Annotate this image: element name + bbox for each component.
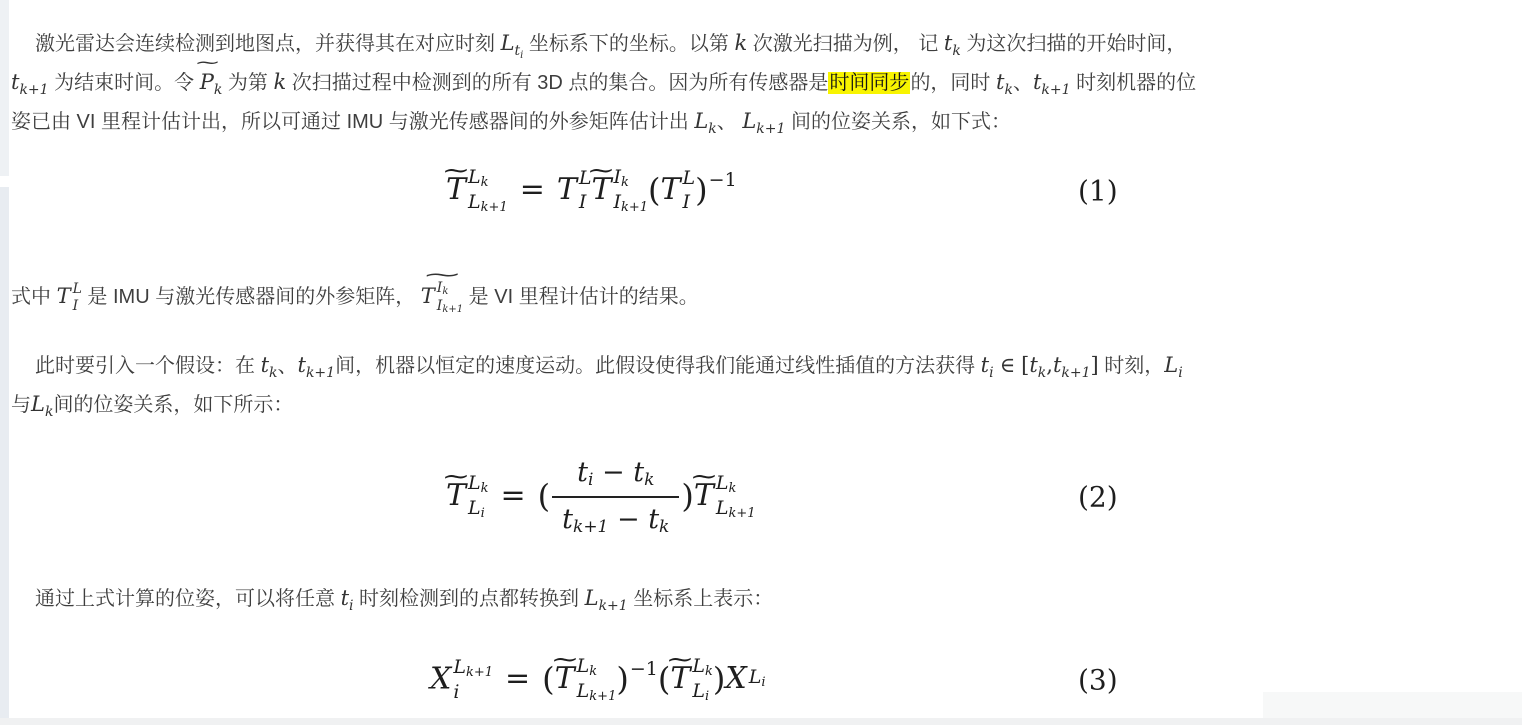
bottom-right-panel bbox=[1263, 692, 1522, 718]
inline-math: k bbox=[273, 70, 286, 94]
text-run: 、 bbox=[278, 355, 298, 377]
superscript: Li bbox=[749, 668, 766, 689]
math-base: k bbox=[273, 70, 286, 94]
text-run: 与 bbox=[11, 394, 31, 416]
inverse-exponent: −1 bbox=[709, 169, 737, 191]
sup-sub: k bbox=[589, 664, 597, 679]
math-sub: k+1 bbox=[19, 82, 48, 98]
text-line: 激光雷达会连续检测到地图点，并获得其在对应时刻 Lti 坐标系下的坐标。以第 k… bbox=[11, 24, 1506, 63]
script-stack: LI bbox=[73, 282, 82, 313]
equation-2: ~TLkLi=(ti − tktk+1 − tk)~TLkLk+1 (2) bbox=[22, 447, 1502, 547]
subscript: I bbox=[73, 299, 79, 314]
math-term: XLi bbox=[725, 661, 765, 696]
math-base: L bbox=[585, 586, 599, 610]
fraction: ti − tktk+1 − tk bbox=[552, 457, 679, 537]
subscript: I bbox=[683, 193, 691, 213]
text-line: tk+1 为结束时间。令 ~Pk 为第 k 次扫描过程中检测到的所有 3D 点的… bbox=[11, 63, 1506, 102]
bottom-bar bbox=[0, 718, 1522, 725]
superscript: Lk bbox=[468, 474, 489, 495]
comma-symbol: , bbox=[1046, 353, 1053, 377]
text-run: 次扫描过程中检测到的所有 3D 点的集合。因为所有传感器是 bbox=[286, 72, 828, 94]
left-gutter-bottom bbox=[0, 187, 9, 725]
sub-sub: k+1 bbox=[728, 506, 755, 521]
sub-base: L bbox=[692, 680, 705, 702]
tilde-base: ~T bbox=[446, 478, 466, 513]
superscript: Lk bbox=[692, 657, 713, 678]
script-stack: LkLk+1 bbox=[716, 474, 756, 520]
equation-number: (3) bbox=[1078, 664, 1118, 697]
sub-base: I bbox=[613, 191, 621, 213]
math-base: X bbox=[430, 661, 451, 696]
inline-math: TLI bbox=[57, 284, 82, 308]
math-base: t bbox=[562, 504, 573, 535]
subscript: Ik+1 bbox=[613, 193, 648, 214]
equals-sign: = bbox=[520, 172, 545, 207]
text-run: 式中 bbox=[11, 286, 57, 308]
text-run: 时刻机器的位 bbox=[1071, 72, 1197, 94]
math-base: t bbox=[648, 504, 659, 535]
text-run: 是 VI 里程计估计的结果。 bbox=[463, 286, 699, 308]
math-base: P bbox=[200, 70, 214, 94]
right-paren: ) bbox=[616, 660, 628, 698]
sub-base: I bbox=[683, 191, 691, 213]
math-base: t bbox=[341, 586, 349, 610]
inline-math: tk bbox=[261, 353, 278, 377]
script-stack: LkLk+1 bbox=[577, 657, 617, 703]
math-term: ~TLkLk+1 bbox=[694, 474, 756, 520]
sup-sub: k bbox=[442, 286, 448, 297]
paragraph-1: 激光雷达会连续检测到地图点，并获得其在对应时刻 Lti 坐标系下的坐标。以第 k… bbox=[11, 24, 1506, 141]
math-term: ~TLkLk+1 bbox=[446, 168, 508, 214]
inline-math: tk bbox=[944, 31, 961, 55]
element-of-symbol: ∈ bbox=[1000, 353, 1016, 377]
math-base: T bbox=[57, 284, 71, 308]
math-term: ~TLkLi bbox=[670, 657, 713, 703]
inline-math: Li bbox=[1164, 353, 1182, 377]
tilde-accent: ~ bbox=[550, 649, 580, 672]
sub-base: L bbox=[468, 497, 481, 519]
subscript: Lk+1 bbox=[468, 193, 508, 214]
math-sub: k bbox=[659, 517, 669, 537]
math-sub: k bbox=[708, 121, 716, 137]
subscript: i bbox=[453, 683, 459, 703]
script-stack: Lk+1i bbox=[453, 658, 493, 703]
numerator: ti − tk bbox=[552, 457, 679, 496]
math-sub: i bbox=[1178, 365, 1182, 381]
equation-number: (2) bbox=[1078, 481, 1118, 514]
text-run: 激光雷达会连续检测到地图点，并获得其在对应时刻 bbox=[35, 33, 501, 55]
sub-base: I bbox=[73, 298, 79, 314]
text-line: 通过上式计算的位姿，可以将任意 ti 时刻检测到的点都转换到 Lk+1 坐标系上… bbox=[11, 579, 1506, 618]
inverse-exponent: −1 bbox=[630, 658, 658, 680]
math-base: t bbox=[633, 457, 644, 488]
sub-base: I bbox=[579, 191, 587, 213]
text-line: 式中 TLI 是 IMU 与激光传感器间的外参矩阵， ~TIkIk+1 是 VI… bbox=[11, 277, 1506, 316]
math-term: TLI bbox=[661, 169, 696, 213]
math-sub: k+1 bbox=[599, 598, 628, 614]
math-base: L bbox=[501, 31, 515, 55]
superscript: L bbox=[683, 169, 696, 189]
sup-sub: k+1 bbox=[466, 665, 493, 680]
text-run: 间的位姿关系，如下式： bbox=[785, 111, 1011, 133]
sub-base: L bbox=[716, 497, 729, 519]
sup-sub: k bbox=[481, 481, 489, 496]
sub-base: L bbox=[468, 191, 481, 213]
math-base: L bbox=[694, 109, 708, 133]
inline-math: k bbox=[734, 31, 747, 55]
minus-sign: − bbox=[608, 504, 648, 535]
inline-math: Lk+1 bbox=[585, 586, 628, 610]
math-term: ~TLkLk+1 bbox=[555, 657, 617, 703]
text-run: 次激光扫描为例， 记 bbox=[747, 33, 944, 55]
math-sub: k+1 bbox=[573, 517, 608, 537]
inline-math: tk bbox=[1029, 353, 1046, 377]
left-gutter-top bbox=[0, 0, 9, 176]
math-sub: k+1 bbox=[306, 365, 335, 381]
inline-math: Lk bbox=[694, 109, 716, 133]
math-base: T bbox=[661, 172, 681, 207]
paragraph-2: 式中 TLI 是 IMU 与激光传感器间的外参矩阵， ~TIkIk+1 是 VI… bbox=[11, 277, 1506, 316]
math-term: ~TIkIk+1 bbox=[591, 168, 648, 214]
text-run: 间的位姿关系，如下所示： bbox=[53, 394, 293, 416]
inline-math: tk bbox=[996, 70, 1013, 94]
inline-math: tk+1 bbox=[1033, 70, 1071, 94]
sup-base: L bbox=[683, 167, 696, 189]
math-sub: k+1 bbox=[756, 121, 785, 137]
text-run: 为第 bbox=[222, 72, 273, 94]
right-paren: ) bbox=[713, 660, 725, 698]
inline-math: Lk bbox=[31, 392, 53, 416]
math-base: t bbox=[577, 457, 588, 488]
sub-sub: i bbox=[705, 689, 709, 704]
superscript: Lk+1 bbox=[453, 658, 493, 679]
tilde-base: ~T bbox=[694, 478, 714, 513]
script-stack: LkLk+1 bbox=[468, 168, 508, 214]
text-run: 坐标系上表示： bbox=[628, 588, 774, 610]
math-base: t bbox=[981, 353, 989, 377]
sup-base: L bbox=[453, 656, 466, 678]
tilde-accent: ~ bbox=[441, 466, 471, 489]
equals-sign: = bbox=[501, 478, 526, 513]
subscript: Lk+1 bbox=[716, 499, 756, 520]
equation-body: XLk+1i=(~TLkLk+1)−1(~TLkLi)XLi bbox=[430, 657, 766, 703]
script-stack: LkLi bbox=[468, 474, 489, 520]
right-paren: ) bbox=[695, 171, 707, 209]
subscript: I bbox=[579, 193, 587, 213]
superscript: Lk bbox=[468, 168, 489, 189]
math-sub: k+1 bbox=[1061, 365, 1090, 381]
script-stack: LI bbox=[683, 169, 696, 213]
denominator: tk+1 − tk bbox=[552, 496, 679, 537]
math-base: L bbox=[742, 109, 756, 133]
inline-math: ti bbox=[981, 353, 994, 377]
math-sub: i bbox=[989, 365, 993, 381]
left-paren: ( bbox=[648, 171, 660, 209]
sup-sub: k bbox=[481, 175, 489, 190]
document-content: 激光雷达会连续检测到地图点，并获得其在对应时刻 Lti 坐标系下的坐标。以第 k… bbox=[11, 0, 1511, 725]
math-base: L bbox=[31, 392, 45, 416]
inline-math: Lk+1 bbox=[742, 109, 785, 133]
inline-math: ti bbox=[341, 586, 354, 610]
sup-sub: k bbox=[705, 664, 713, 679]
math-base: t bbox=[1029, 353, 1037, 377]
inline-math-widetilde: ~Pk bbox=[200, 63, 223, 101]
subscript: Lk+1 bbox=[577, 682, 617, 703]
equation-number: (1) bbox=[1078, 175, 1118, 208]
math-sub: k bbox=[214, 82, 222, 98]
equation-body: ~TLkLi=(ti − tktk+1 − tk)~TLkLk+1 bbox=[446, 457, 756, 537]
tilde-accent: ~ bbox=[387, 266, 497, 285]
text-run: 时刻， bbox=[1099, 355, 1165, 377]
math-sub: k bbox=[1038, 365, 1046, 381]
tilde-base: ~T bbox=[555, 661, 575, 696]
math-sub: k bbox=[644, 470, 654, 490]
tilde-accent: ~ bbox=[665, 649, 695, 672]
math-base: t bbox=[298, 353, 306, 377]
sub-sub: k+1 bbox=[589, 689, 616, 704]
tilde-accent: ~ bbox=[441, 160, 471, 183]
subscript: Ik+1 bbox=[437, 299, 463, 315]
math-term: ~TLkLi bbox=[446, 474, 489, 520]
inline-math: tk+1 bbox=[1053, 353, 1091, 377]
inline-math: tk+1 bbox=[298, 353, 336, 377]
math-sub: k+1 bbox=[1041, 82, 1070, 98]
inline-math: tk+1 bbox=[11, 70, 49, 94]
tilde-accent: ~ bbox=[689, 466, 719, 489]
text-run: 的，同时 bbox=[910, 72, 996, 94]
inline-math: Lti bbox=[501, 31, 524, 55]
text-run: 通过上式计算的位姿，可以将任意 bbox=[35, 588, 341, 610]
text-run: 是 IMU 与激光传感器间的外参矩阵， bbox=[82, 286, 421, 308]
math-base: T bbox=[421, 284, 435, 308]
sub-base: i bbox=[453, 681, 459, 703]
subscript: Li bbox=[692, 682, 709, 703]
equals-sign: = bbox=[505, 661, 530, 696]
script-stack: IkIk+1 bbox=[613, 168, 648, 214]
equation-1: ~TLkLk+1=TLI~TIkIk+1(TLI)−1 (1) bbox=[22, 152, 1502, 230]
text-run: 、 bbox=[1013, 72, 1033, 94]
left-paren: ( bbox=[538, 477, 550, 515]
tilde-accent: ~ bbox=[586, 160, 616, 183]
sup-base: L bbox=[73, 281, 82, 297]
tilde-accent: ~ bbox=[193, 55, 222, 72]
text-line: 此时要引入一个假设：在 tk、tk+1间，机器以恒定的速度运动。此假设使得我们能… bbox=[11, 346, 1506, 385]
sup-sub: i bbox=[761, 675, 765, 690]
math-sub: k bbox=[952, 43, 960, 59]
text-line: 姿已由 VI 里程计估计出，所以可通过 IMU 与激光传感器间的外参矩阵估计出 … bbox=[11, 102, 1506, 141]
math-base: T bbox=[557, 172, 577, 207]
math-term: XLk+1i bbox=[430, 658, 493, 703]
text-run: 为这次扫描的开始时间， bbox=[961, 33, 1187, 55]
inline-math-widetilde: ~TIkIk+1 bbox=[421, 277, 463, 315]
math-base: k bbox=[734, 31, 747, 55]
text-run: 、 bbox=[717, 111, 743, 133]
script-stack: LkLi bbox=[692, 657, 713, 703]
math-sub: k bbox=[1004, 82, 1012, 98]
math-base: t bbox=[261, 353, 269, 377]
sub-sub: k+1 bbox=[442, 304, 463, 315]
sub-sub: k+1 bbox=[621, 200, 648, 215]
text-run: 坐标系下的坐标。以第 bbox=[523, 33, 734, 55]
sup-base: L bbox=[749, 666, 762, 688]
minus-sign: − bbox=[593, 457, 633, 488]
sup-sub: k bbox=[621, 175, 629, 190]
right-bracket: ] bbox=[1091, 353, 1099, 377]
text-run: 姿已由 VI 里程计估计出，所以可通过 IMU 与激光传感器间的外参矩阵估计出 bbox=[11, 111, 694, 133]
superscript: L bbox=[73, 282, 82, 297]
math-base: X bbox=[725, 661, 746, 696]
text-run: 时刻检测到的点都转换到 bbox=[354, 588, 585, 610]
script-stack: Li bbox=[749, 668, 766, 693]
tilde-base: ~T bbox=[591, 172, 611, 207]
subscript: Li bbox=[468, 499, 485, 520]
tilde-base: ~T bbox=[670, 661, 690, 696]
sub-sub: k+1 bbox=[481, 200, 508, 215]
sub-base: L bbox=[577, 680, 590, 702]
text-run: 为结束时间。令 bbox=[49, 72, 200, 94]
math-base: L bbox=[1164, 353, 1178, 377]
sup-sub: k bbox=[728, 481, 736, 496]
paragraph-3: 此时要引入一个假设：在 tk、tk+1间，机器以恒定的速度运动。此假设使得我们能… bbox=[11, 346, 1506, 424]
paragraph-4: 通过上式计算的位姿，可以将任意 ti 时刻检测到的点都转换到 Lk+1 坐标系上… bbox=[11, 579, 1506, 618]
math-sub: k bbox=[269, 365, 277, 381]
tilde-base: ~T bbox=[446, 172, 466, 207]
sub-sub: i bbox=[481, 506, 485, 521]
text-line: 与Lk间的位姿关系，如下所示： bbox=[11, 385, 1506, 424]
highlight-text: 时间同步 bbox=[828, 72, 910, 94]
text-run: 此时要引入一个假设：在 bbox=[35, 355, 261, 377]
text-run: 间，机器以恒定的速度运动。此假设使得我们能通过线性插值的方法获得 bbox=[335, 355, 981, 377]
equation-body: ~TLkLk+1=TLI~TIkIk+1(TLI)−1 bbox=[446, 168, 737, 214]
